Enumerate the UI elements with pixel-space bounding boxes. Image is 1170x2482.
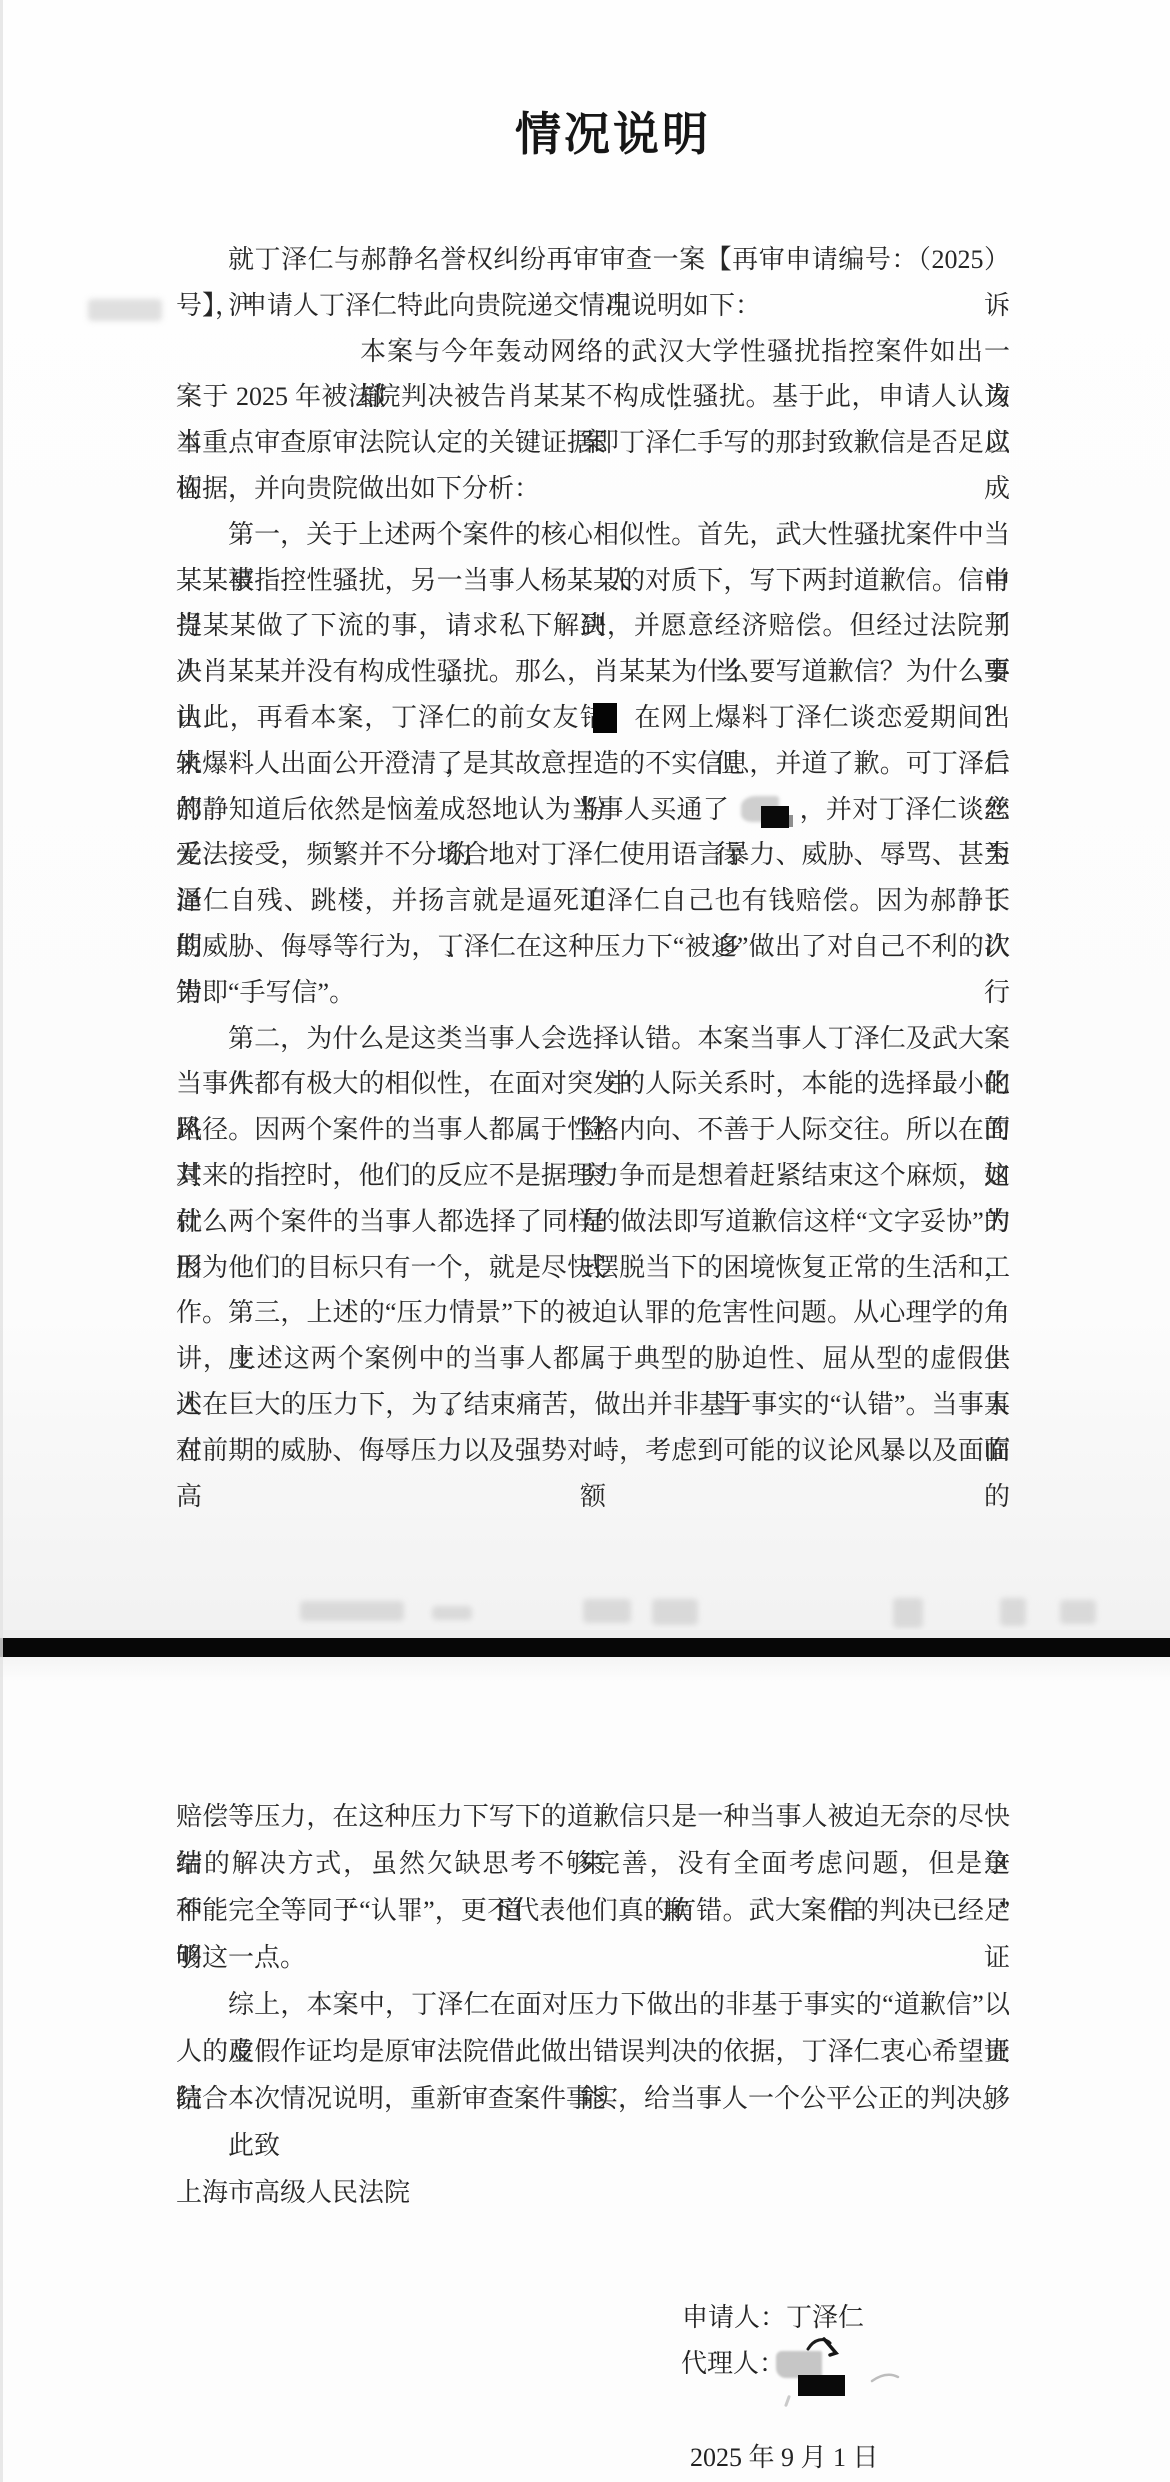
text-line: 泽仁自残、跳楼，并扬言就是逼死丁泽仁自己也有钱赔偿。因为郝静长期、多次	[176, 878, 1010, 924]
page-separator-band	[0, 1638, 1170, 1657]
bleed-through-smudge	[893, 1598, 923, 1628]
bleed-through-smudge	[1000, 1598, 1026, 1626]
redacted-case-number	[88, 299, 162, 321]
page-2: 赔偿等压力，在这种压力下写下的道歉信只是一种当事人被迫无奈的尽快结束争端的解决方…	[0, 1657, 1170, 2482]
page-edge-shade	[0, 1630, 1170, 1638]
text-line: 由此，再看本案，丁泽仁的前女友在网上爆料丁泽仁谈恋爱期间出轨，但后	[176, 695, 1010, 741]
text-line: 讲，上述这两个案例中的当事人都属于典型的胁迫性、屈从型的虚假供述。当事	[176, 1336, 1010, 1382]
page-1: 情况说明 就丁泽仁与郝静名誉权纠纷再审审查一案【再审申请编号：（2025）沪申诉…	[0, 0, 1170, 1638]
document-title: 情况说明	[176, 104, 1010, 166]
handwritten-signature-strokes	[794, 2329, 914, 2393]
text-line: 上海市高级人民法院	[176, 2169, 1010, 2216]
text-line: 赔偿等压力，在这种压力下写下的道歉信只是一种当事人被迫无奈的尽快结束争	[176, 1793, 1010, 1840]
text-line: 来爆料人出面公开澄清了是其故意捏造的不实信息，并道了歉。可丁泽仁的粉丝	[176, 741, 1010, 787]
text-line: 肖某某做了下流的事，请求私下解决，并愿意经济赔偿。但经过法院判决，当事	[176, 603, 1010, 649]
bleed-through-smudge	[432, 1606, 472, 1620]
agent-signature-redaction	[768, 2335, 938, 2411]
text-line: 综上，本案中，丁泽仁在面对压力下做出的非基于事实的“道歉信”以及证	[176, 1981, 1010, 2028]
text-line: 当重点审查原审法院认定的关键证据即丁泽仁手写的那封致歉信是否足以构成	[176, 420, 1010, 466]
text-line: 对前期的威胁、侮辱压力以及强势对峙，考虑到可能的议论风暴以及面临高额的	[176, 1428, 1010, 1474]
text-line: 人的虚假作证均是原审法院借此做出错误判决的依据，丁泽仁衷心希望贵院能够	[176, 2028, 1010, 2075]
text-line: 此致	[176, 2122, 1010, 2169]
text-line: 因为他们的目标只有一个，就是尽快摆脱当下的困境恢复正常的生活和工作。	[176, 1245, 1010, 1291]
text-line: 第一，关于上述两个案件的核心相似性。首先，武大性骚扰案件中当事人肖	[176, 512, 1010, 558]
text-line: 第三，上述的“压力情景”下的被迫认罪的危害性问题。从心理学的角度上	[176, 1290, 1010, 1336]
bleed-through-smudge	[583, 1599, 631, 1623]
text-line: 人肖某某并没有构成性骚扰。那么，肖某某为什么要写道歉信？为什么要认错？	[176, 649, 1010, 695]
text-line: 本案与今年轰动网络的武汉大学性骚扰指控案件如出一辙，该	[176, 329, 1010, 375]
redaction-gray-black-blob	[741, 794, 799, 830]
text-line: 什么两个案件的当事人都选择了同样的做法即写道歉信这样“文字妥协”的形式，	[176, 1199, 1010, 1245]
text-line: 第二，为什么是这类当事人会选择认错。本案当事人丁泽仁及武大案件中的	[176, 1016, 1010, 1062]
text-line: 结合本次情况说明，重新审查案件事实，给当事人一个公平公正的判决。	[176, 2075, 1010, 2122]
scan-left-edge	[0, 0, 3, 2482]
redaction-black-box	[593, 703, 617, 733]
text-line: 郝静知道后依然是恼羞成怒地认为当事人买通了，并对丁泽仁谈恋爱的行为	[176, 787, 1010, 833]
text-line: 当事人都有极大的相似性，在面对突发的人际关系时，本能的选择最小化风险的	[176, 1061, 1010, 1107]
text-line: 就丁泽仁与郝静名誉权纠纷再审审查一案【再审申请编号：（2025）沪申诉	[176, 237, 1010, 283]
bleed-through-smudge	[652, 1599, 698, 1625]
text-line: 端的解决方式，虽然欠缺思考不够完善，没有全面考虑问题，但是这种“道歉信”	[176, 1840, 1010, 1887]
text-line: 路径。因两个案件的当事人都属于性格内向、不善于人际交往。所以在面对突如	[176, 1107, 1010, 1153]
text-line: 人在巨大的压力下，为了结束痛苦，做出并非基于事实的“认错”。当事人在面	[176, 1382, 1010, 1428]
text-line: 的威胁、侮辱等行为，丁泽仁在这种压力下“被迫”做出了对自己不利的认错行	[176, 924, 1010, 970]
page-1-textblock: 就丁泽仁与郝静名誉权纠纷再审审查一案【再审申请编号：（2025）沪申诉号】，申请…	[176, 237, 1010, 1474]
bleed-through-smudge	[1060, 1600, 1096, 1624]
text-line: 案于 2025 年被法院判决被告肖某某不构成性骚扰。基于此，申请人认为本案应	[176, 374, 1010, 420]
text-line: 某某被指控性骚扰，另一当事人杨某某的对质下，写下两封道歉信。信中提到了	[176, 558, 1010, 604]
text-line: 无法接受，频繁并不分场合地对丁泽仁使用语言暴力、威胁、辱骂、甚至逼迫丁	[176, 832, 1010, 878]
bleed-through-smudge	[300, 1601, 404, 1621]
text-line: 其来的指控时，他们的反应不是据理力争而是想着赶紧结束这个麻烦，这就是为	[176, 1153, 1010, 1199]
text-line: 不能完全等同于“认罪”，更不代表他们真的有错。武大案件的判决已经足够证	[176, 1887, 1010, 1934]
date-line: 2025 年 9 月 1 日	[690, 2441, 879, 2475]
page-2-textblock: 赔偿等压力，在这种压力下写下的道歉信只是一种当事人被迫无奈的尽快结束争端的解决方…	[176, 1793, 1010, 2216]
document-photo: 情况说明 就丁泽仁与郝静名誉权纠纷再审审查一案【再审申请编号：（2025）沪申诉…	[0, 0, 1170, 2482]
